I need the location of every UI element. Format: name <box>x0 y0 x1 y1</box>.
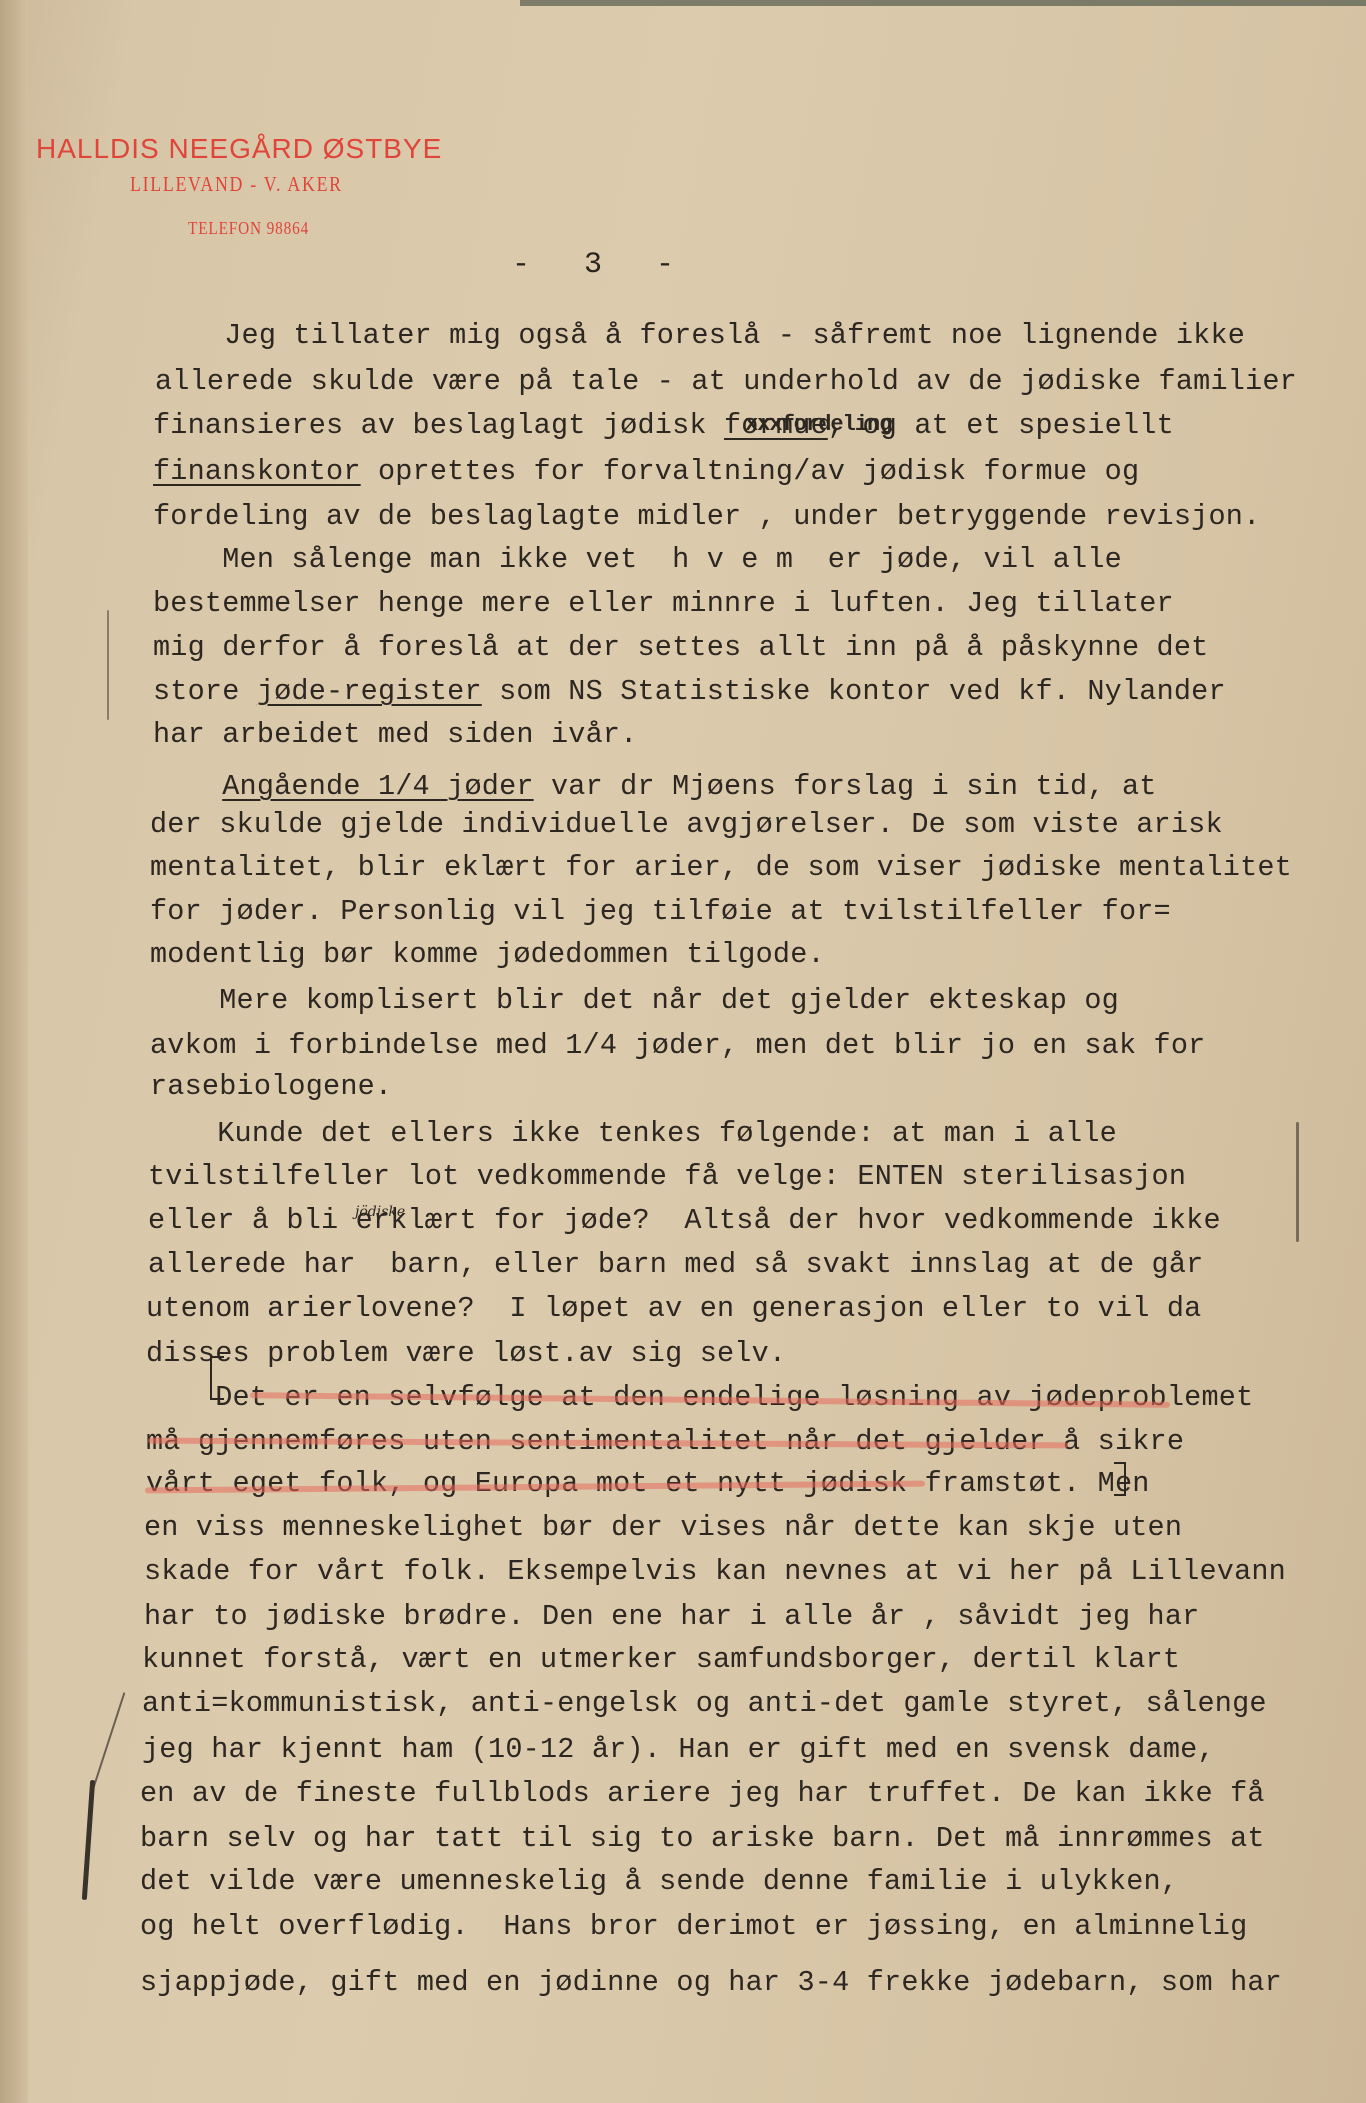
letterhead-telephone: TELEFON 98864 <box>188 218 309 239</box>
body-line: har arbeidet med siden ivår. <box>153 718 637 751</box>
body-line: der skulde gjelde individuelle avgjørels… <box>150 808 1223 841</box>
underlined-phrase: Angående 1/4 jøder <box>222 770 533 803</box>
document-page: HALLDIS NEEGÅRD ØSTBYE LILLEVAND - V. AK… <box>0 0 1366 2103</box>
body-line: anti=kommunistisk, anti-engelsk og anti-… <box>142 1687 1267 1720</box>
body-line: store jøde-register som NS Statistiske k… <box>153 675 1226 708</box>
body-line: fordeling av de beslaglagte midler , und… <box>153 500 1260 533</box>
body-line: en viss menneskelighet bør der vises når… <box>144 1511 1182 1544</box>
body-line: sjappjøde, gift med en jødinne og har 3-… <box>140 1966 1282 1999</box>
body-line: utenom arierlovene? I løpet av en genera… <box>146 1292 1201 1325</box>
body-line: mig derfor å foreslå at der settes allt … <box>153 631 1208 664</box>
body-line: har to jødiske brødre. Den ene har i all… <box>144 1600 1199 1633</box>
body-line: bestemmelser henge mere eller minnre i l… <box>153 587 1174 620</box>
page-edge <box>0 0 28 2103</box>
body-line: modentlig bør komme jødedommen tilgode. <box>150 938 825 971</box>
margin-mark-right <box>1296 1122 1299 1242</box>
body-line: finanskontor oprettes for forvaltning/av… <box>153 455 1139 488</box>
page-number: - 3 - <box>512 248 692 282</box>
handwritten-insertion: jödiske <box>355 1204 405 1220</box>
body-line: disses problem være løst.av sig selv. <box>146 1337 786 1370</box>
body-line: finansieres av beslaglagt jødisk formue,… <box>153 409 1174 442</box>
top-border <box>520 0 1366 6</box>
body-line: en av de fineste fullblods ariere jeg ha… <box>140 1777 1265 1810</box>
overstrike-text: xxxfordeling <box>745 412 891 437</box>
body-line: allerede har barn, eller barn med så sva… <box>148 1248 1203 1281</box>
underlined-phrase: jøde-register <box>257 675 482 708</box>
body-line: Kunde det ellers ikke tenkes følgende: a… <box>148 1117 1117 1150</box>
body-line: skade for vårt folk. Eksempelvis kan nev… <box>144 1555 1286 1588</box>
margin-mark-left-1 <box>107 610 109 720</box>
body-line: kunnet forstå, vært en utmerker samfunds… <box>142 1643 1180 1676</box>
body-line: tvilstilfeller lot vedkommende få velge:… <box>148 1160 1186 1193</box>
body-line: avkom i forbindelse med 1/4 jøder, men d… <box>150 1029 1205 1062</box>
body-line: allerede skulde være på tale - at underh… <box>155 365 1297 398</box>
body-line: mentalitet, blir eklært for arier, de so… <box>150 851 1292 884</box>
body-line: Angående 1/4 jøder var dr Mjøens forslag… <box>153 770 1157 803</box>
close-bracket <box>1114 1462 1126 1496</box>
body-line: Mere komplisert blir det når det gjelder… <box>150 984 1119 1017</box>
body-line: og helt overflødig. Hans bror derimot er… <box>140 1910 1247 1943</box>
letterhead-name: HALLDIS NEEGÅRD ØSTBYE <box>36 133 442 165</box>
margin-mark-left-2 <box>82 1780 95 1900</box>
body-line: Jeg tillater mig også å foreslå - såfrem… <box>155 319 1245 352</box>
body-line: jeg har kjennt ham (10-12 år). Han er gi… <box>142 1733 1215 1766</box>
body-line: barn selv og har tatt til sig to ariske … <box>140 1822 1265 1855</box>
body-line: for jøder. Personlig vil jeg tilføie at … <box>150 895 1171 928</box>
underlined-phrase: finanskontor <box>153 455 361 488</box>
margin-mark-left-2-tail <box>93 1692 126 1788</box>
open-bracket <box>210 1356 224 1400</box>
body-line: rasebiologene. <box>150 1070 392 1103</box>
body-line: det vilde være umenneskelig å sende denn… <box>140 1865 1178 1898</box>
body-line: Men sålenge man ikke vet h v e m er jøde… <box>153 543 1122 576</box>
body-line: eller å bli erklært for jøde? Altså der … <box>148 1204 1221 1237</box>
letterhead-address: LILLEVAND - V. AKER <box>130 172 343 197</box>
